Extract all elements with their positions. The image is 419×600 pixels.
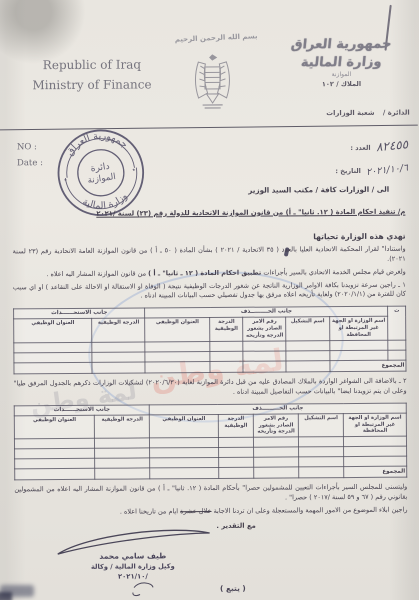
document-number-label: العدد : [350, 144, 370, 152]
scanned-letter-page: لمة وطن لمة وطن Republic of Iraq Ministr… [0, 0, 419, 600]
vacancies-table-2: جانب الحـــــــــذف جانب الاستحــــــداث… [14, 402, 408, 481]
department-value: شعبة الوزارات [326, 109, 374, 117]
table1-col-formation: اسم التشكيل [286, 317, 329, 341]
bismillah-calligraphy: بسم الله الرحمن الرحيم [161, 32, 271, 45]
purpose-bold-article: تطبيق احكام المادة ( ١٢ ـ ثانيا" ـ أ ) [148, 269, 261, 278]
table2-col-title-new: العنوان الوظيفي [14, 415, 95, 439]
handwritten-curl-mark [130, 581, 156, 600]
point-2: ٢ ـ بالاضافة الى الشواغر الواردة بالملاك… [14, 377, 407, 399]
document-date-line: ٢٠٢١/١٠/٦ التاريخ : [335, 158, 408, 178]
table2-col-grade-new: الدرجة الوظيفية [95, 415, 150, 439]
document-number-value: ٨٢٤٥٥ [375, 137, 408, 154]
header-english: Republic of Iraq Ministry of Finance [32, 54, 151, 96]
table2-col-formation: اسم التشكيل [298, 413, 343, 437]
ref-labels-english: NO : Date : [17, 139, 43, 171]
document-date-label: التاريخ : [335, 167, 361, 175]
table1-col-order-no: رقم الامر الصادر بشغور الدرجة وتأريخه [243, 317, 286, 341]
department-label: الدائرة / [383, 109, 410, 117]
header-divider [0, 125, 418, 131]
arabic-ministry-title: وزارة المالية [281, 55, 402, 71]
table2-col-order-no: رقم الامر الصادر بشغور الدرجة وتأريخه [253, 414, 298, 438]
table2-total-label: المجموع [344, 466, 407, 478]
no-label: NO : [17, 139, 43, 155]
subject-line: م/ تنفيذ احكام المادة ( ١٢. ثانيا" ـ أ) … [12, 206, 405, 219]
document-date-value: ٢٠٢١/١٠/٦ [365, 162, 408, 178]
document-number-line: ٨٢٤٥٥ العدد : [335, 135, 408, 155]
table1-col-ministry: اسم الوزارة او الجهة غير المرتبطة او الم… [329, 317, 388, 341]
table1-header-row: اسم الوزارة او الجهة غير المرتبطة او الم… [14, 317, 406, 343]
addressee-line: الى / الوزارات كافة / مكتب السيد الوزير [12, 185, 389, 198]
iraq-eagle-emblem-icon [189, 52, 235, 118]
signature-date: ٢٠٢١/١٠/ [68, 572, 198, 581]
table2-col-ministry: اسم الوزارة او الجهة غير المرتبطة او الم… [344, 413, 407, 437]
signature-block: طيف سامي محمد وكيل وزارة المالية / وكالة… [68, 551, 198, 581]
table1-col-grade-new: الدرجة الوظيفية [92, 318, 145, 342]
table1-seq-header: ت [388, 306, 406, 340]
to-be-continued-note: ( يتبع ) [220, 584, 246, 593]
signer-name: طيف سامي محمد [68, 551, 198, 561]
ref-arabic: ٨٢٤٥٥ العدد : ٢٠٢١/١٠/٦ التاريخ : [335, 135, 408, 182]
closing-paragraph-2: راجين ابلاء الموضوع من الامور المهمة وال… [14, 506, 407, 518]
table2-header-row: اسم الوزارة او الجهة غير المرتبطة او الم… [14, 413, 406, 439]
table1-total-label: المجموع [330, 360, 406, 372]
table2-col-grade: الدرجة الوظيفية [218, 414, 253, 437]
paragraph-court-decision: واستنادا" لقرار المحكمة الاتحادية العليا… [13, 245, 406, 267]
svg-text:٭: ٭ [131, 165, 136, 173]
point-1: ١ ـ راجين سرعة تزويدنا بكافة الاوامر الو… [13, 280, 406, 302]
purpose-post: من قانون الموازنة المشار اليه اعلاه . [46, 269, 148, 278]
header-arabic: جمهورية العراق وزارة المالية الموازنة ال… [281, 37, 401, 89]
purpose-pre: ولغرض قيام مجلس الخدمة الاتحادي بالسير ب… [261, 268, 406, 277]
closing2-pre: راجين ابلاء الموضوع من الامور المهمة وال… [211, 506, 407, 515]
table1-col-title-new: العنوان الوظيفي [14, 319, 93, 343]
department-line: الدائرة / شعبة الوزارات [260, 109, 410, 118]
table1-col-title: العنوان الوظيفي [145, 318, 210, 342]
date-label-en: Date : [17, 155, 43, 171]
arabic-country-title: جمهورية العراق [280, 37, 401, 53]
closing2-post: ايام من تاريخنا اعلاه . [120, 507, 180, 515]
closing-paragraph-1: وليتسنى للمجلس السير بأجراءات التعيين لل… [14, 483, 407, 505]
table2-total-row: المجموع [15, 466, 407, 480]
signer-title: وكيل وزارة المالية / وكالة [68, 562, 198, 571]
english-country-line: Republic of Iraq [32, 54, 151, 75]
arabic-budget-subtitle: الموازنة [281, 71, 401, 79]
closing2-struck-text: خلال عشرة [180, 507, 211, 515]
table1-total-row: المجموع [14, 360, 406, 374]
paragraph-purpose: ولغرض قيام مجلس الخدمة الاتحادي بالسير ب… [13, 268, 406, 280]
table2-col-title: العنوان الوظيفي [150, 414, 219, 438]
table1-col-grade: الدرجة الوظيفية [210, 318, 243, 341]
malak-number-line: الملاك / ١٠٢ [281, 80, 401, 89]
english-ministry-line: Ministry of Finance [32, 75, 151, 96]
letter-body: الى / الوزارات كافة / مكتب السيد الوزير … [12, 185, 407, 533]
svg-text:٭: ٭ [63, 175, 68, 183]
vacancies-table-1: ت جانب الحـــــــــذف جانب الاستحــــــد… [13, 306, 406, 375]
greeting-line: تهدي هذه الوزارة تحياتها [13, 231, 406, 245]
